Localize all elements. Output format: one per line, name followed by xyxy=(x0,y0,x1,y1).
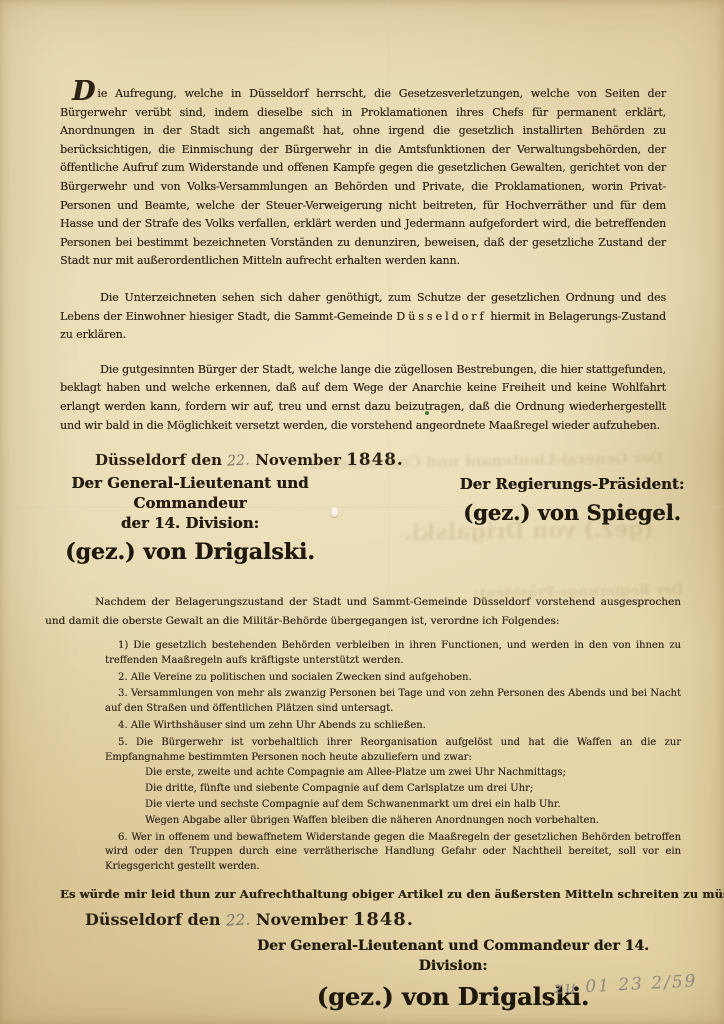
paper-chip-spot xyxy=(331,507,338,517)
opening-paragraph: Die Aufregung, welche in Düsseldorf herr… xyxy=(60,84,666,271)
dateline-place: Düsseldorf den xyxy=(85,910,221,929)
signature-block-right: Der Regierungs-Präsident: (gez.) von Spi… xyxy=(456,473,688,567)
handwritten-day: 22. xyxy=(226,910,251,929)
item-text: Alle Vereine zu politischen und socialen… xyxy=(131,672,472,683)
item-number: 1) xyxy=(118,640,128,651)
item-number: 6. xyxy=(118,832,128,843)
dateline-place: Düsseldorf den xyxy=(95,451,222,469)
decree-item-5-sub-1: Die erste, zweite und achte Compagnie am… xyxy=(45,766,681,781)
dateline-year: 1848. xyxy=(353,909,414,930)
drop-cap-initial: D xyxy=(60,76,97,107)
decree-item-2: 2. Alle Vereine zu politischen und socia… xyxy=(45,671,681,686)
decree-item-5-sub-3: Die vierte und sechste Compagnie auf dem… xyxy=(45,798,681,813)
signature-name-drigalski: (gez.) von Drigalski. xyxy=(40,537,340,567)
signature-block-final: Der General-Lieutenant und Commandeur de… xyxy=(240,936,666,1012)
dateline-second: Düsseldorf den 22. November 1848. xyxy=(85,909,666,930)
item-number: 2. xyxy=(118,672,128,683)
decree-item-list: 1) Die gesetzlich bestehenden Behörden v… xyxy=(45,639,681,875)
item-text: Die Bürgerwehr ist vorbehaltlich ihrer R… xyxy=(105,737,681,763)
opening-paragraph-text: ie Aufregung, welche in Düsseldorf herrs… xyxy=(60,87,666,267)
citizens-appeal-paragraph: Die gutgesinnten Bürger der Stadt, welch… xyxy=(60,361,666,435)
siege-declaration-paragraph: Die Unterzeichneten sehen sich daher gen… xyxy=(60,289,666,345)
dateline-month: November xyxy=(256,910,348,929)
decree-item-3: 3. Versammlungen von mehr als zwanzig Pe… xyxy=(45,687,681,717)
signature-title-line: Der General-Lieutenant und Commandeur xyxy=(40,473,340,513)
item-text: Alle Wirthshäuser sind um zehn Uhr Abend… xyxy=(131,720,426,731)
decree-item-6: 6. Wer in offenem und bewaffnetem Widers… xyxy=(45,831,681,875)
signature-name-spiegel: (gez.) von Spiegel. xyxy=(456,498,688,528)
item-text: Versammlungen von mehr als zwanzig Perso… xyxy=(105,688,681,714)
handwritten-day: 22. xyxy=(227,453,250,470)
decree-item-4: 4. Alle Wirthshäuser sind um zehn Uhr Ab… xyxy=(45,719,681,734)
closing-statement: Es würde mir leid thun zur Aufrechthaltu… xyxy=(60,887,666,901)
item-number: 4. xyxy=(118,720,128,731)
signature-title-line: Der Regierungs-Präsident: xyxy=(456,474,688,494)
item-text: Die gesetzlich bestehenden Behörden verb… xyxy=(105,640,681,666)
green-speck xyxy=(425,411,429,415)
item-text: Wer in offenem und bewaffnetem Widerstan… xyxy=(105,832,681,873)
signature-block-left: Der General-Lieutenant und Commandeur de… xyxy=(40,473,340,567)
proclamation-body: Die Aufregung, welche in Düsseldorf herr… xyxy=(0,0,724,1012)
signature-row: Der General-Lieutenant und Commandeur de… xyxy=(60,473,666,567)
decree-section: Nachdem der Belagerungszustand der Stadt… xyxy=(45,593,681,875)
dateline-first: Düsseldorf den 22. November 1848. xyxy=(95,449,666,469)
item-number: 5. xyxy=(118,737,128,748)
city-name-emphasized: Düsseldorf xyxy=(396,310,486,323)
signature-title-line: der 14. Division: xyxy=(40,513,340,533)
decree-item-5: 5. Die Bürgerwehr ist vorbehaltlich ihre… xyxy=(45,736,681,766)
dateline-month: November xyxy=(255,451,341,469)
decree-intro-paragraph: Nachdem der Belagerungszustand der Stadt… xyxy=(45,593,681,631)
decree-item-5-sub-4: Wegen Abgabe aller übrigen Waffen bleibe… xyxy=(45,814,681,829)
document-page: Der General-Lieutenant und Commandeur (g… xyxy=(0,0,724,1024)
decree-item-1: 1) Die gesetzlich bestehenden Behörden v… xyxy=(45,639,681,669)
item-number: 3. xyxy=(118,688,128,699)
decree-item-5-sub-2: Die dritte, fünfte und siebente Compagni… xyxy=(45,782,681,797)
dateline-year: 1848. xyxy=(346,449,404,469)
signature-title-line: Der General-Lieutenant und Commandeur de… xyxy=(240,936,666,976)
